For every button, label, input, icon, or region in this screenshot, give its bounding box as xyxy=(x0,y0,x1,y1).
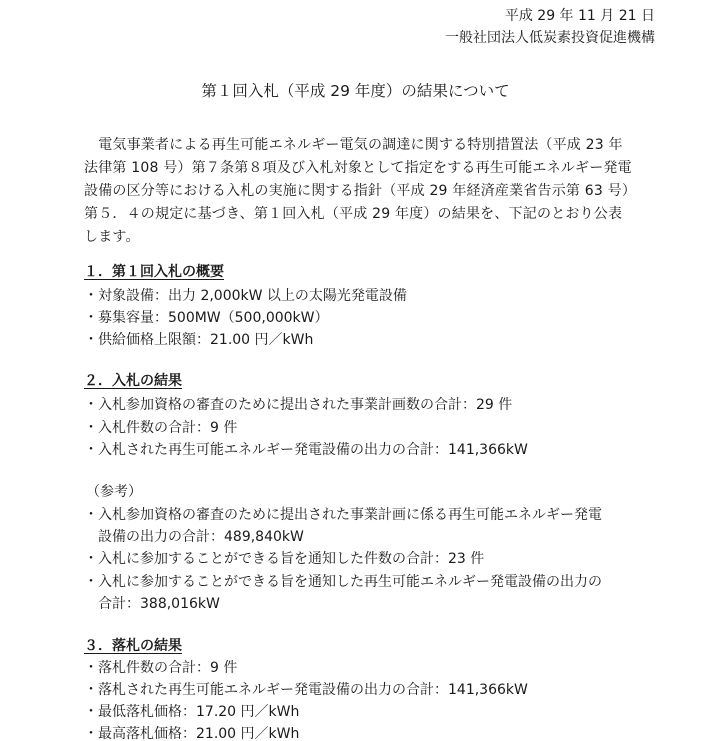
list-item: ・落札件数の合計：9 件 xyxy=(84,658,237,678)
reference-item: ・入札参加資格の審査のために提出された事業計画に係る再生可能エネルギー発電 xyxy=(84,505,602,525)
list-item: ・募集容量：500MW（500,000kW） xyxy=(84,308,329,328)
intro-line: します。 xyxy=(84,227,140,247)
document-date: 平成 29 年 11 月 21 日 xyxy=(505,6,655,26)
issuing-organization: 一般社団法人低炭素投資促進機構 xyxy=(445,28,655,48)
document-title: 第１回入札（平成 29 年度）の結果について xyxy=(0,81,711,101)
intro-line: 電気事業者による再生可能エネルギー電気の調達に関する特別措置法（平成 23 年 xyxy=(84,135,623,155)
list-item: ・最低落札価格：17.20 円／kWh xyxy=(84,702,299,722)
list-item: ・最高落札価格：21.00 円／kWh xyxy=(84,724,299,741)
list-item: ・対象設備：出力 2,000kW 以上の太陽光発電設備 xyxy=(84,286,407,306)
section-heading: １．第１回入札の概要 xyxy=(84,262,224,282)
reference-item-continuation: 設備の出力の合計：489,840kW xyxy=(98,527,304,547)
intro-line: 法律第 108 号）第７条第８項及び入札対象として指定をする再生可能エネルギー発… xyxy=(84,158,632,178)
list-item: ・入札件数の合計：9 件 xyxy=(84,418,237,438)
intro-line: 第５．４の規定に基づき、第１回入札（平成 29 年度）の結果を、下記のとおり公表 xyxy=(84,204,622,224)
reference-item: ・入札に参加することができる旨を通知した件数の合計：23 件 xyxy=(84,549,484,569)
reference-label: （参考） xyxy=(86,482,142,502)
list-item: ・入札参加資格の審査のために提出された事業計画数の合計：29 件 xyxy=(84,395,512,415)
list-item: ・入札された再生可能エネルギー発電設備の出力の合計：141,366kW xyxy=(84,440,528,460)
intro-line: 設備の区分等における入札の実施に関する指針（平成 29 年経済産業省告示第 63… xyxy=(84,181,636,201)
reference-item: ・入札に参加することができる旨を通知した再生可能エネルギー発電設備の出力の xyxy=(84,572,602,592)
list-item: ・供給価格上限額：21.00 円／kWh xyxy=(84,330,313,350)
section-heading: ３．落札の結果 xyxy=(84,636,182,656)
section-heading: ２．入札の結果 xyxy=(84,371,182,391)
reference-item-continuation: 合計：388,016kW xyxy=(98,594,220,614)
list-item: ・落札された再生可能エネルギー発電設備の出力の合計：141,366kW xyxy=(84,680,528,700)
